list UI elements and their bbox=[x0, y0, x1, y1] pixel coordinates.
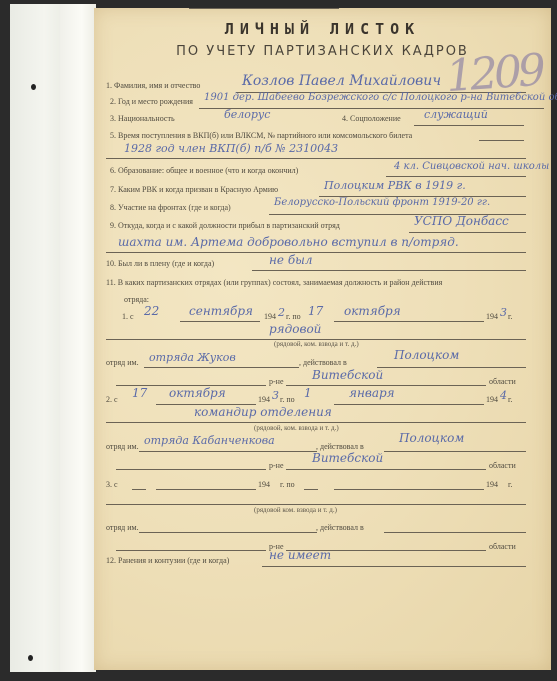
field-4-line bbox=[414, 125, 524, 126]
detachment-1-to-line bbox=[334, 321, 484, 322]
detachment-3-to-day-line bbox=[304, 489, 318, 490]
detachment-1-oblast-label: области bbox=[489, 377, 516, 386]
binder-fold bbox=[60, 4, 96, 672]
detachment-1-acted-line bbox=[377, 367, 526, 368]
detachment-1-from-day: 22 bbox=[144, 304, 159, 318]
document-title: ЛИЧНЫЙ ЛИСТОК bbox=[94, 20, 551, 38]
detachment-2-rayon-label: р-не bbox=[269, 461, 284, 470]
punch-hole-bottom bbox=[28, 655, 33, 661]
detachment-1-otryad-label: отряд им. bbox=[106, 358, 139, 367]
field-9-value-2: шахта им. Артема добровольно вступил в п… bbox=[118, 235, 459, 249]
detachment-3-acted-line bbox=[384, 532, 526, 533]
field-12-label: 12. Ранения и контузии (где и когда) bbox=[106, 556, 229, 565]
detachment-1-to-month: октября bbox=[344, 304, 401, 318]
field-8-value: Белорусско-Польский фронт 1919-20 гг. bbox=[274, 197, 490, 208]
detachment-2-position: командир отделения bbox=[194, 405, 332, 419]
detachment-3-to-line bbox=[334, 489, 484, 490]
detachment-1-position-caption: (рядовой, ком. взвода и т. д.) bbox=[274, 340, 359, 348]
field-11-label-cont: отряда: bbox=[124, 295, 149, 304]
field-11-label: 11. В каких партизанских отрядах (или гр… bbox=[106, 278, 442, 287]
field-2-label: 2. Год и место рождения bbox=[110, 97, 193, 106]
detachment-2-acted-label: , действовал в bbox=[316, 442, 364, 451]
field-9-line-b bbox=[106, 252, 526, 253]
detachment-2-region-value: Витебской bbox=[312, 451, 383, 465]
detachment-3-position-caption: (рядовой ком. взвода и т. д.) bbox=[254, 506, 337, 514]
detachment-1-acted-label: , действовал в bbox=[299, 358, 347, 367]
field-7-value: Полоцким РВК в 1919 г. bbox=[324, 179, 466, 192]
detachment-1-from-year-prefix: 194 bbox=[264, 312, 276, 321]
detachment-2-num: 2. с bbox=[106, 395, 118, 404]
field-4-value: служащий bbox=[424, 108, 488, 121]
detachment-1-from-year-suffix: 2 bbox=[278, 306, 285, 319]
detachment-1-otryad-value: отряда Жуков bbox=[149, 351, 236, 364]
detachment-2-position-caption: (рядовой, ком. взвода и т. д.) bbox=[254, 424, 339, 432]
field-4-label: 4. Соцположение bbox=[342, 114, 401, 123]
detachment-1-rayon-label: р-не bbox=[269, 377, 284, 386]
detachment-3-acted-label: , действовал в bbox=[316, 523, 364, 532]
detachment-3-from-year-prefix: 194 bbox=[258, 480, 270, 489]
detachment-2-to-label: г. по bbox=[280, 395, 295, 404]
detachment-2-otryad-label: отряд им. bbox=[106, 442, 139, 451]
detachment-3-otryad-line bbox=[139, 532, 317, 533]
detachment-1-to-year-prefix: 194 bbox=[486, 312, 498, 321]
field-2-value: 1901 дер. Шабеево Бозрежского с/с Полоцк… bbox=[204, 92, 557, 103]
detachment-3-oblast-label: области bbox=[489, 542, 516, 551]
detachment-2-acted-value: Полоцком bbox=[399, 431, 464, 445]
detachment-1-to-label: г. по bbox=[286, 312, 301, 321]
detachment-2-to-year-suffix: 4 bbox=[500, 389, 507, 402]
field-3-line bbox=[189, 8, 339, 9]
detachment-1-num: 1. с bbox=[122, 312, 134, 321]
detachment-2-g: г. bbox=[508, 395, 512, 404]
detachment-3-from-line bbox=[156, 489, 256, 490]
detachment-2-otryad-value: отряда Кабанченкова bbox=[144, 434, 275, 447]
field-8-label: 8. Участие на фронтах (где и когда) bbox=[110, 203, 231, 212]
personal-record-sheet: ЛИЧНЫЙ ЛИСТОК ПО УЧЕТУ ПАРТИЗАНСКИХ КАДР… bbox=[94, 8, 551, 670]
detachment-3-from-day-line bbox=[132, 489, 146, 490]
detachment-2-to-year-prefix: 194 bbox=[486, 395, 498, 404]
detachment-2-otryad-line bbox=[139, 451, 317, 452]
detachment-1-to-year-suffix: 3 bbox=[500, 306, 507, 319]
field-6-label: 6. Образование: общее и военное (что и к… bbox=[110, 166, 298, 175]
detachment-3-g: г. bbox=[508, 480, 512, 489]
detachment-3-num: 3. с bbox=[106, 480, 118, 489]
detachment-3-to-year-prefix: 194 bbox=[486, 480, 498, 489]
field-9-value-1: УСПО Донбасс bbox=[414, 214, 509, 228]
detachment-1-from-line bbox=[180, 321, 260, 322]
field-9-label: 9. Откуда, когда и с какой должности при… bbox=[110, 221, 340, 230]
field-10-value: не был bbox=[269, 253, 313, 267]
field-3-value: белорус bbox=[224, 108, 270, 121]
punch-hole-top bbox=[31, 84, 36, 90]
detachment-2-region-line bbox=[286, 469, 486, 470]
detachment-2-from-year-prefix: 194 bbox=[258, 395, 270, 404]
field-12-line bbox=[262, 566, 526, 567]
field-10-label: 10. Был ли в плену (где и когда) bbox=[106, 259, 214, 268]
detachment-1-to-day: 17 bbox=[308, 304, 323, 318]
field-9-line-a bbox=[409, 232, 526, 233]
detachment-1-acted-value: Полоцком bbox=[394, 348, 459, 362]
detachment-3-otryad-label: отряд им. bbox=[106, 523, 139, 532]
field-5-line-a bbox=[479, 140, 524, 141]
field-1-value: Козлов Павел Михайлович bbox=[242, 73, 441, 89]
detachment-1-from-month: сентября bbox=[189, 304, 253, 318]
detachment-3-rayon-line bbox=[116, 550, 266, 551]
detachment-2-oblast-label: области bbox=[489, 461, 516, 470]
field-6-line bbox=[386, 176, 526, 177]
detachment-2-from-day: 17 bbox=[132, 386, 147, 400]
detachment-3-position-line bbox=[106, 504, 526, 505]
field-6-value: 4 кл. Сивцовской нач. школы bbox=[394, 161, 549, 172]
field-10-line bbox=[252, 270, 526, 271]
detachment-2-from-year-suffix: 3 bbox=[272, 389, 279, 402]
field-3-label: 3. Национальность bbox=[110, 114, 175, 123]
field-5-label: 5. Время поступления в ВКП(б) или ВЛКСМ,… bbox=[110, 131, 412, 140]
detachment-2-to-month: января bbox=[349, 386, 395, 400]
detachment-3-to-label: г. по bbox=[280, 480, 295, 489]
detachment-2-from-month: октября bbox=[169, 386, 226, 400]
field-5-value: 1928 год член ВКП(б) п/б № 2310043 bbox=[124, 142, 338, 155]
detachment-2-position-line bbox=[106, 422, 526, 423]
detachment-2-rayon-line bbox=[116, 469, 266, 470]
detachment-2-acted-line bbox=[384, 451, 526, 452]
detachment-2-to-day: 1 bbox=[304, 386, 312, 400]
field-1-label: 1. Фамилия, имя и отчество bbox=[106, 81, 200, 90]
detachment-1-region-value: Витебской bbox=[312, 368, 383, 382]
field-5-line-b bbox=[106, 158, 526, 159]
field-7-label: 7. Каким РВК и когда призван в Красную А… bbox=[110, 185, 278, 194]
field-12-value: не имеет bbox=[269, 548, 331, 562]
detachment-1-position: рядовой bbox=[269, 322, 321, 336]
detachment-2-to-line bbox=[334, 404, 484, 405]
detachment-1-g: г. bbox=[508, 312, 512, 321]
detachment-1-otryad-line bbox=[144, 367, 299, 368]
